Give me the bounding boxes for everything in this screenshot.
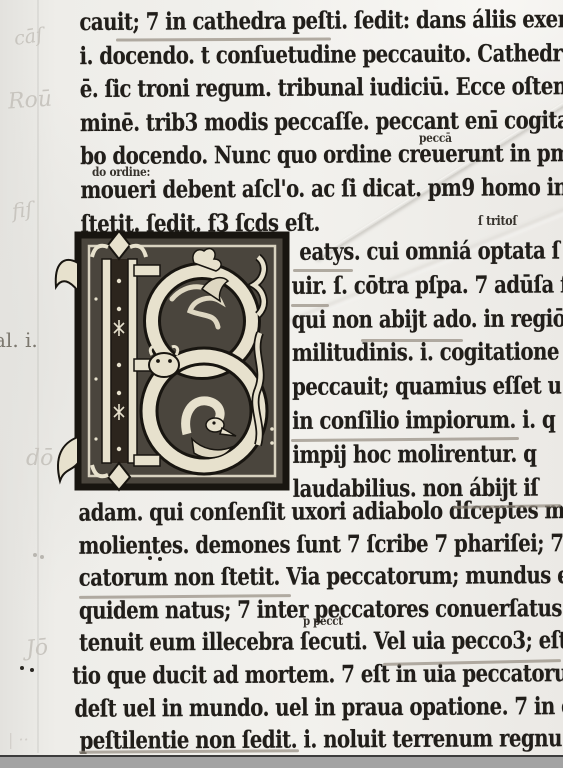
text-line: tenuit eum illecebra ſecuti. Vel uia pec… — [79, 624, 563, 659]
text-line: uir. ſ. cōtra pſpa. 7 adūſa f — [291, 267, 563, 302]
manuscript-page: cāſ Roū fiſ al. i. dō Jō | ·· cauit; 7 i… — [0, 0, 563, 768]
margin-note: dō — [26, 446, 53, 471]
text-line: minē. trib3 modis peccaſſe. peccant enī … — [80, 102, 563, 139]
text-line: deſt uel in mundo. uel in praua opatione… — [74, 689, 563, 724]
correction-dots — [148, 556, 152, 560]
photo-edge-strip — [0, 755, 563, 768]
margin-note: | ·· — [8, 730, 29, 749]
text-line: eatys. cui omniá optata ſ — [299, 233, 563, 268]
text-line: cauit; 7 in cathedra peſti. ſedit: dans … — [79, 2, 563, 39]
interlinear-gloss: ſ tritoſ — [478, 214, 517, 229]
margin-note: cāſ — [13, 24, 45, 50]
text-line: bo docendo. Nunc quo ordine creuerunt in… — [80, 136, 563, 173]
text-line: peccauit; quamius eſſet u — [292, 369, 563, 404]
underline-mark — [293, 269, 353, 272]
margin-note: al. i. — [0, 328, 38, 352]
margin-note: fiſ — [11, 197, 35, 223]
text-line: adam. qui conſenſit uxori adiabolo dſcep… — [78, 494, 563, 529]
text-line: qui non abijt ado. in regiōis — [292, 301, 563, 336]
text-line: in conſilio impiorum. i. q — [292, 402, 563, 437]
text-line: ē. ſic troni regum. tribunal iudiciū. Ec… — [80, 69, 563, 106]
text-line: impij hoc molirentur. q — [292, 436, 563, 471]
interlinear-gloss: do ordine: — [92, 164, 150, 179]
text-line: moueri debent aſcl'o. ac ſi dicat. pm9 h… — [80, 170, 563, 207]
illuminated-initial-B — [52, 229, 292, 495]
initial-b-panel — [56, 231, 286, 490]
interlinear-gloss: peccā — [419, 130, 452, 145]
text-block-bottom: adam. qui conſenſit uxori adiabolo dſcep… — [78, 493, 563, 757]
text-block-beside-initial: eatys. cui omniá optata ſ uir. ſ. cōtra … — [291, 233, 563, 505]
underline-mark — [291, 304, 329, 307]
correction-dots — [20, 666, 24, 670]
margin-note: Roū — [7, 86, 53, 114]
correction-dots — [33, 553, 37, 557]
margin-note: Jō — [25, 635, 49, 662]
underline-mark — [361, 339, 463, 342]
text-line: catorum non ſtetit. Via peccatorum; mund… — [79, 559, 563, 594]
